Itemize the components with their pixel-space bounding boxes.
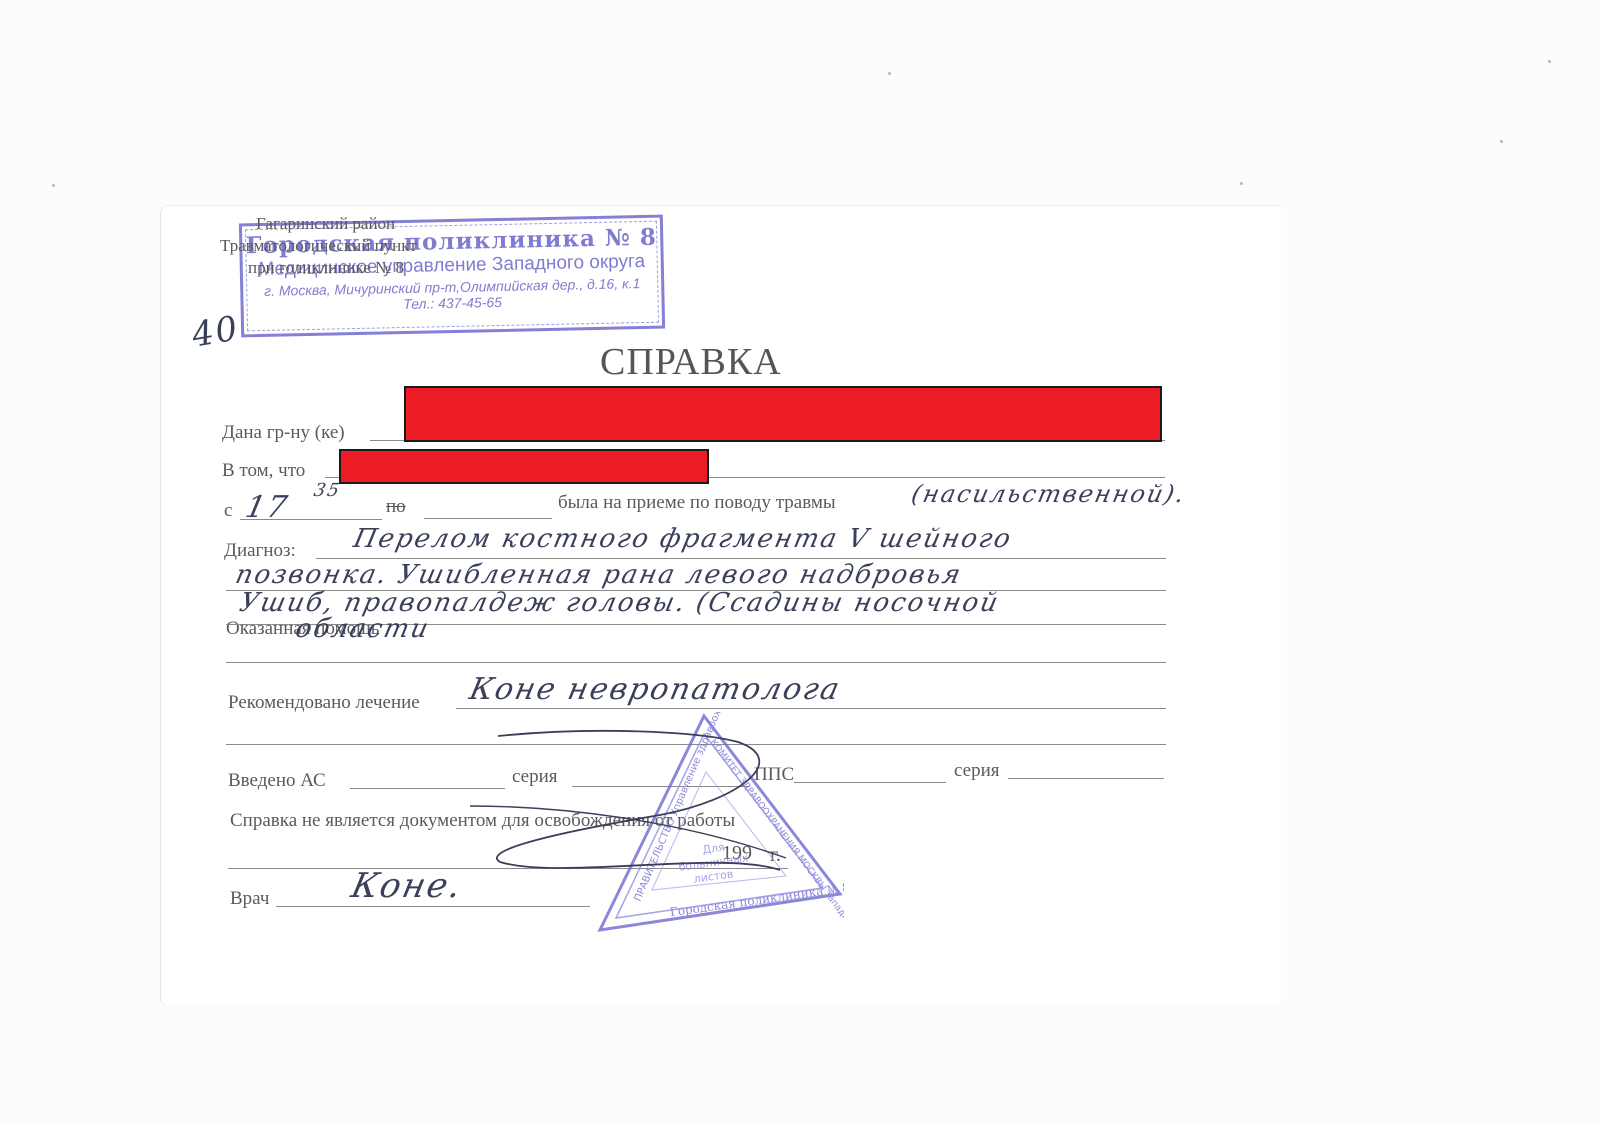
to-label: по (386, 496, 406, 518)
redaction-box-that (339, 449, 709, 484)
document-title: СПРАВКА (600, 340, 782, 384)
as-line (350, 788, 505, 789)
trauma-type: (насильственной). (909, 480, 1189, 508)
doctor-label: Врач (230, 888, 269, 910)
series2-label: серия (954, 760, 1000, 782)
that-label: В том, что (222, 460, 305, 482)
treatment-label: Рекомендовано лечение (228, 692, 420, 714)
scan-speck (1240, 182, 1243, 185)
help-line-2 (226, 662, 1166, 663)
scan-speck (888, 72, 891, 75)
diagnosis-text-2: позвонка. Ушибленная рана левого надбров… (233, 560, 965, 590)
diagnosis-label: Диагноз: (224, 540, 296, 562)
to-line (424, 518, 552, 519)
header-district: Гагаринский район (256, 214, 395, 234)
triangle-stamp: Городская поликлиника № 8 ПРАВИТЕЛЬСТВО … (596, 712, 844, 932)
from-label: с (224, 500, 232, 522)
margin-note: 40 (189, 308, 242, 356)
diagnosis-line-1 (316, 558, 1166, 559)
doctor-line (276, 906, 590, 907)
series2-line (1008, 778, 1164, 779)
scan-speck (1548, 60, 1551, 63)
scan-speck (1500, 140, 1503, 143)
as-label: Введено АС (228, 770, 326, 792)
given-to-label: Дана гр-ну (ке) (222, 422, 345, 444)
scan-speck (52, 184, 55, 187)
header-clinic: при голиклинике № 8 (248, 258, 404, 278)
header-trauma-point: Травматологический пункт (220, 236, 417, 256)
visit-text: была на приеме по поводу травмы (558, 492, 836, 514)
treatment-value: Коне невропатолога (466, 672, 844, 707)
diagnosis-text-1: Перелом костного фрагмента V шейного (351, 524, 1015, 554)
from-line (240, 519, 382, 520)
diagnosis-text-4: области (293, 614, 433, 644)
doctor-signature: Коне. (348, 866, 467, 906)
redaction-box-name (404, 386, 1162, 442)
treatment-line (456, 708, 1166, 709)
series-label: серия (512, 766, 558, 788)
from-superscript: 35 (312, 480, 343, 501)
